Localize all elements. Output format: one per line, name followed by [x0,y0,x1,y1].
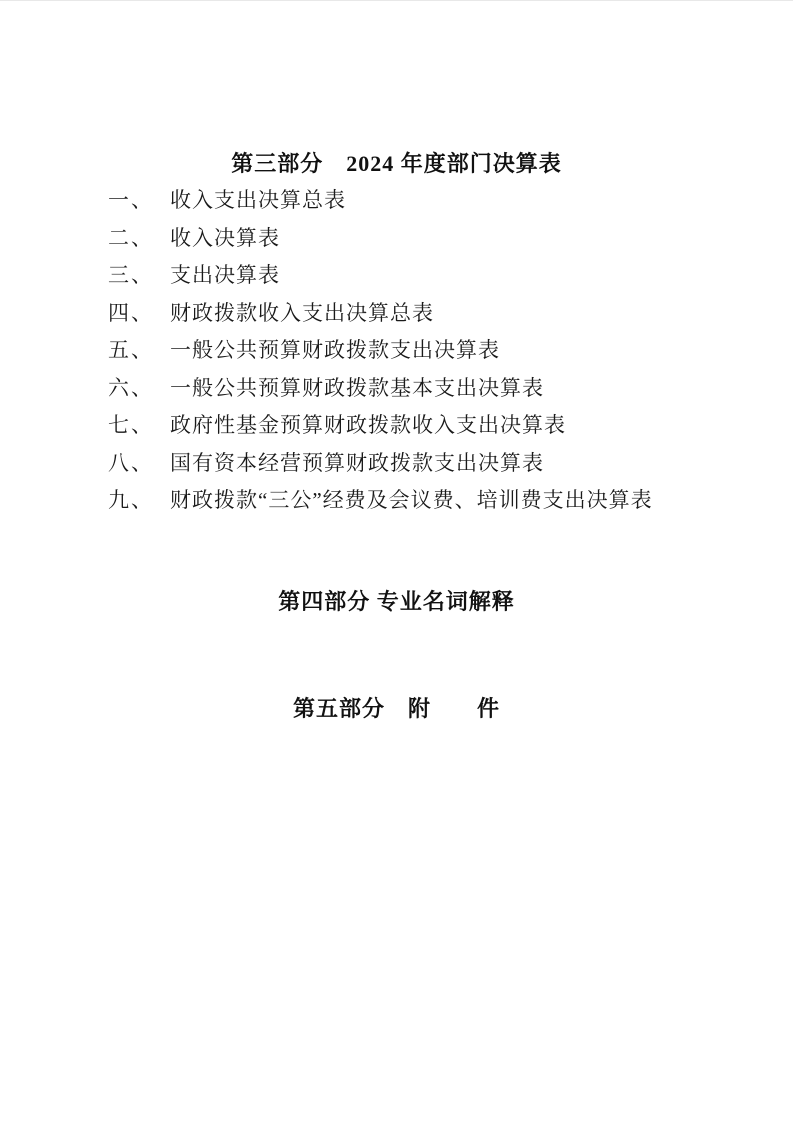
section5-title: 第五部分 附 件 [0,692,793,723]
toc-item-label: 一般公共预算财政拨款支出决算表 [170,332,500,370]
toc-item-6: 六、 一般公共预算财政拨款基本支出决算表 [108,370,653,408]
toc-item-label: 一般公共预算财政拨款基本支出决算表 [170,370,544,408]
toc-item-4: 四、 财政拨款收入支出决算总表 [108,295,653,333]
toc-item-2: 二、 收入决算表 [108,220,653,258]
toc-item-3: 三、 支出决算表 [108,257,653,295]
section3-title: 第三部分 2024 年度部门决算表 [0,147,793,178]
document-page: 第三部分 2024 年度部门决算表 一、 收入支出决算总表 二、 收入决算表 三… [0,0,793,1122]
toc-item-number: 三、 [108,257,170,295]
toc-item-1: 一、 收入支出决算总表 [108,182,653,220]
toc-item-number: 一、 [108,182,170,220]
toc-item-9: 九、 财政拨款“三公”经费及会议费、培训费支出决算表 [108,482,653,520]
toc-item-8: 八、 国有资本经营预算财政拨款支出决算表 [108,445,653,483]
toc-item-label: 收入支出决算总表 [170,182,346,220]
toc-item-label: 财政拨款“三公”经费及会议费、培训费支出决算表 [170,482,653,520]
toc-item-number: 六、 [108,370,170,408]
toc-item-label: 政府性基金预算财政拨款收入支出决算表 [170,407,566,445]
toc-item-5: 五、 一般公共预算财政拨款支出决算表 [108,332,653,370]
toc-item-number: 二、 [108,220,170,258]
toc-item-number: 四、 [108,295,170,333]
toc-item-label: 支出决算表 [170,257,280,295]
toc-item-7: 七、 政府性基金预算财政拨款收入支出决算表 [108,407,653,445]
section4-title: 第四部分 专业名词解释 [0,585,793,616]
toc-item-number: 九、 [108,482,170,520]
toc-list: 一、 收入支出决算总表 二、 收入决算表 三、 支出决算表 四、 财政拨款收入支… [108,182,653,520]
toc-item-number: 五、 [108,332,170,370]
toc-item-number: 七、 [108,407,170,445]
toc-item-label: 国有资本经营预算财政拨款支出决算表 [170,445,544,483]
toc-item-label: 财政拨款收入支出决算总表 [170,295,434,333]
toc-item-label: 收入决算表 [170,220,280,258]
toc-item-number: 八、 [108,445,170,483]
